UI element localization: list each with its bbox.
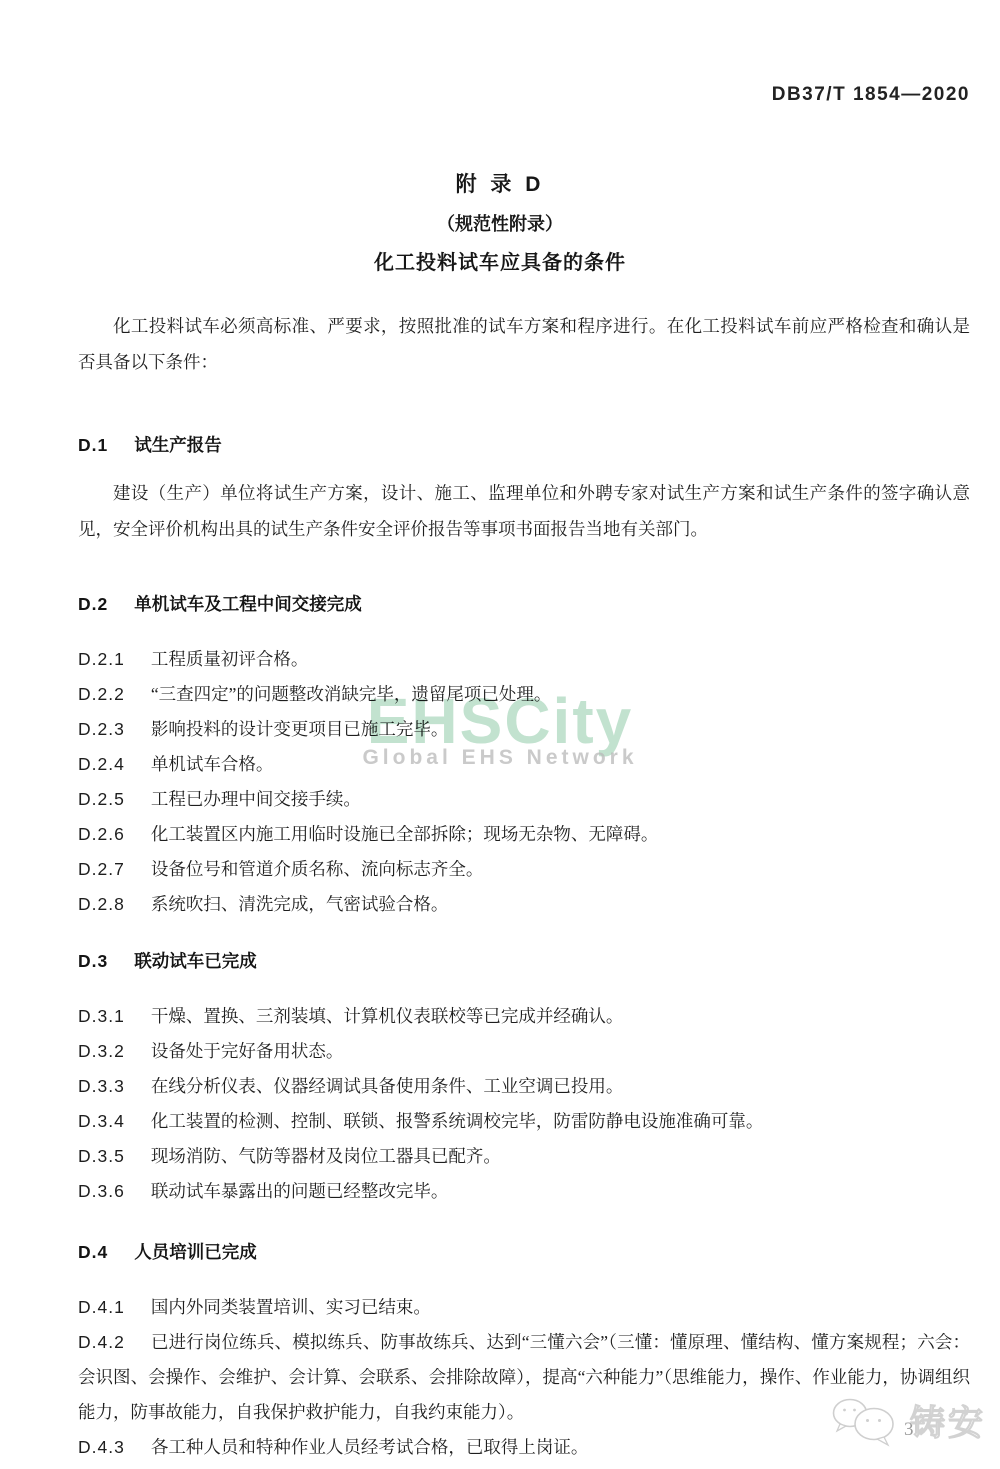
clause-text: 工程已办理中间交接手续。: [151, 789, 361, 809]
clause-text: 工程质量初评合格。: [151, 649, 309, 669]
clause-d2-8: D.2.8系统吹扫、清洗完成，气密试验合格。: [78, 887, 970, 922]
clause-id: D.3.4: [78, 1111, 125, 1131]
clause-id: D.4.1: [78, 1297, 125, 1317]
clause-text: 设备处于完好备用状态。: [151, 1041, 344, 1061]
clause-text: 化工装置的检测、控制、联锁、报警系统调校完毕，防雷防静电设施准确可靠。: [151, 1111, 764, 1131]
clause-id: D.3.2: [78, 1041, 125, 1061]
clause-text: 化工装置区内施工用临时设施已全部拆除；现场无杂物、无障碍。: [151, 824, 659, 844]
clause-id: D.3.3: [78, 1076, 125, 1096]
clause-text: 各工种人员和特种作业人员经考试合格，已取得上岗证。: [151, 1437, 589, 1457]
appendix-type: （规范性附录）: [0, 210, 1000, 236]
clause-id: D.2.2: [78, 684, 125, 704]
section-heading-d1: D.1试生产报告: [78, 432, 970, 457]
intro-paragraph: 化工投料试车必须高标准、严要求，按照批准的试车方案和程序进行。在化工投料试车前应…: [78, 308, 970, 380]
clause-text: 干燥、置换、三剂装填、计算机仪表联校等已完成并经确认。: [151, 1006, 624, 1026]
section-title: 单机试车及工程中间交接完成: [134, 594, 362, 614]
clause-id: D.2.7: [78, 859, 125, 879]
clause-text: 单机试车合格。: [151, 754, 274, 774]
section-heading-d2: D.2单机试车及工程中间交接完成: [78, 591, 970, 616]
clause-text: “三查四定”的问题整改消缺完毕，遗留尾项已处理。: [151, 684, 552, 704]
clause-d3-3: D.3.3在线分析仪表、仪器经调试具备使用条件、工业空调已投用。: [78, 1069, 970, 1104]
clause-id: D.2.6: [78, 824, 125, 844]
appendix-heading: 化工投料试车应具备的条件: [0, 246, 1000, 275]
clause-id: D.3.1: [78, 1006, 125, 1026]
clause-text: 设备位号和管道介质名称、流向标志齐全。: [151, 859, 484, 879]
clause-text: 国内外同类装置培训、实习已结束。: [151, 1297, 431, 1317]
document-body: 化工投料试车必须高标准、严要求，按照批准的试车方案和程序进行。在化工投料试车前应…: [0, 308, 1000, 1465]
clause-id: D.2.8: [78, 894, 125, 914]
clause-d2-6: D.2.6化工装置区内施工用临时设施已全部拆除；现场无杂物、无障碍。: [78, 817, 970, 852]
clause-d2-2: D.2.2“三查四定”的问题整改消缺完毕，遗留尾项已处理。: [78, 677, 970, 712]
clause-text: 影响投料的设计变更项目已施工完毕。: [151, 719, 449, 739]
clause-id: D.4.2: [78, 1332, 125, 1352]
section-heading-d4: D.4人员培训已完成: [78, 1239, 970, 1264]
clause-text: 联动试车暴露出的问题已经整改完毕。: [151, 1181, 449, 1201]
clause-id: D.3.6: [78, 1181, 125, 1201]
section-title: 联动试车已完成: [134, 951, 257, 971]
clause-id: D.2.1: [78, 649, 125, 669]
section-id: D.2: [78, 594, 108, 614]
standard-number: DB37/T 1854—2020: [0, 0, 1000, 106]
clause-d3-6: D.3.6联动试车暴露出的问题已经整改完毕。: [78, 1174, 970, 1209]
clause-d3-1: D.3.1干燥、置换、三剂装填、计算机仪表联校等已完成并经确认。: [78, 999, 970, 1034]
zhuan-logo: 3 铸安: [828, 1393, 986, 1449]
section-id: D.4: [78, 1242, 108, 1262]
clause-text: 在线分析仪表、仪器经调试具备使用条件、工业空调已投用。: [151, 1076, 624, 1096]
clause-d3-2: D.3.2设备处于完好备用状态。: [78, 1034, 970, 1069]
clause-text: 系统吹扫、清洗完成，气密试验合格。: [151, 894, 449, 914]
appendix-title-block: 附 录 D （规范性附录） 化工投料试车应具备的条件: [0, 168, 1000, 275]
zhuan-label: 铸安: [910, 1396, 986, 1446]
clause-d2-4: D.2.4单机试车合格。: [78, 747, 970, 782]
wechat-icon: [828, 1393, 902, 1449]
clause-d3-4: D.3.4化工装置的检测、控制、联锁、报警系统调校完毕，防雷防静电设施准确可靠。: [78, 1104, 970, 1139]
section-title: 试生产报告: [134, 435, 222, 455]
clause-id: D.4.3: [78, 1437, 125, 1457]
clause-d3-5: D.3.5现场消防、气防等器材及岗位工器具已配齐。: [78, 1139, 970, 1174]
clause-id: D.2.3: [78, 719, 125, 739]
clause-id: D.3.5: [78, 1146, 125, 1166]
section-d1-paragraph: 建设（生产）单位将试生产方案，设计、施工、监理单位和外聘专家对试生产方案和试生产…: [78, 475, 970, 547]
clause-text: 现场消防、气防等器材及岗位工器具已配齐。: [151, 1146, 501, 1166]
clause-id: D.2.4: [78, 754, 125, 774]
clause-d2-7: D.2.7设备位号和管道介质名称、流向标志齐全。: [78, 852, 970, 887]
clause-id: D.2.5: [78, 789, 125, 809]
clause-d2-5: D.2.5工程已办理中间交接手续。: [78, 782, 970, 817]
clause-d4-1: D.4.1国内外同类装置培训、实习已结束。: [78, 1290, 970, 1325]
clause-d2-1: D.2.1工程质量初评合格。: [78, 642, 970, 677]
document-page: DB37/T 1854—2020 附 录 D （规范性附录） 化工投料试车应具备…: [0, 0, 1000, 1469]
appendix-label: 附 录 D: [0, 168, 1000, 198]
clause-d2-3: D.2.3影响投料的设计变更项目已施工完毕。: [78, 712, 970, 747]
section-id: D.1: [78, 435, 108, 455]
section-id: D.3: [78, 951, 108, 971]
section-title: 人员培训已完成: [134, 1242, 257, 1262]
section-heading-d3: D.3联动试车已完成: [78, 948, 970, 973]
